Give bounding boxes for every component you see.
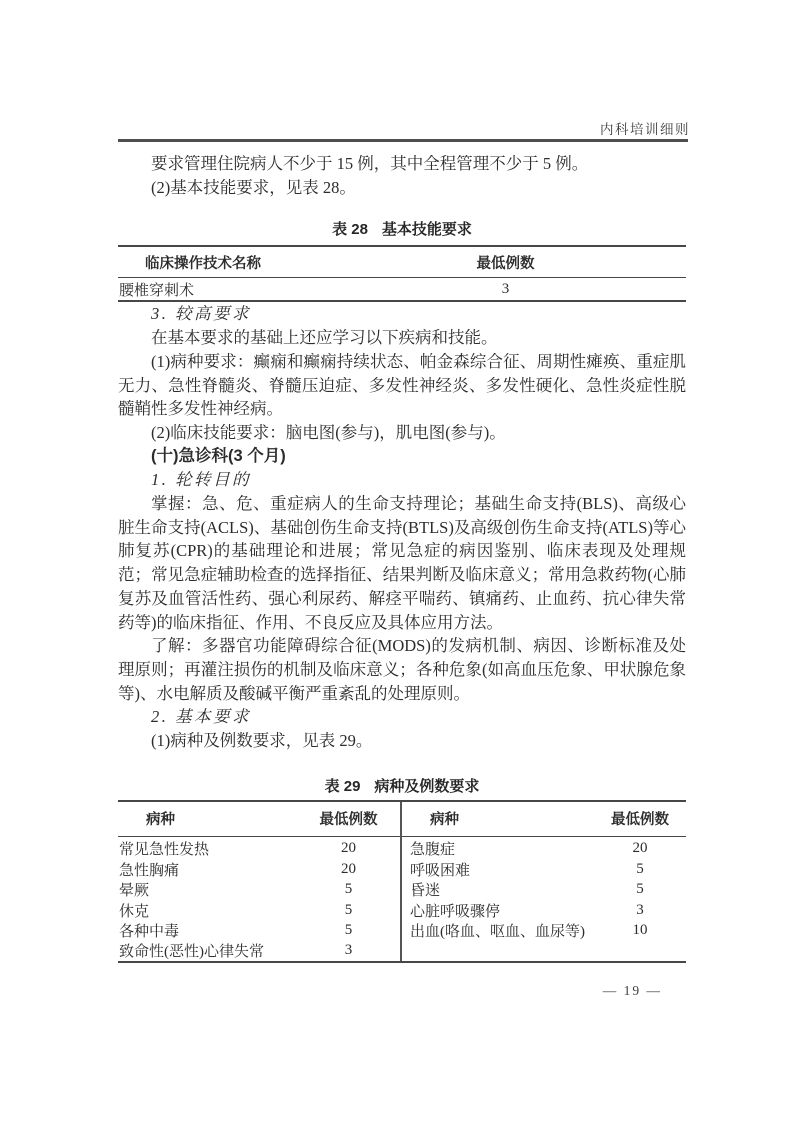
table-row: 心脏呼吸骤停 3 — [402, 900, 686, 920]
min-cases-value: 20 — [594, 840, 686, 857]
min-cases-value: 5 — [297, 902, 400, 919]
table29-right-rows: 急腹症 20 呼吸困难 5 昏迷 5 心脏呼吸骤停 3 — [402, 837, 686, 961]
table-row: 致命性(恶性)心律失常 3 — [118, 941, 400, 961]
table29-left-half: 病种 最低例数 常见急性发热 20 急性胸痛 20 晕厥 5 — [118, 802, 402, 961]
disease-name: 常见急性发热 — [118, 838, 297, 859]
paragraph-case-requirement: (1)病种及例数要求，见表 29。 — [118, 729, 686, 753]
table-29: 病种 最低例数 常见急性发热 20 急性胸痛 20 晕厥 5 — [118, 800, 686, 963]
min-cases-value: 20 — [297, 861, 400, 878]
disease-name: 心脏呼吸骤停 — [402, 900, 594, 921]
table28-title-text: 基本技能要求 — [382, 221, 472, 238]
table29-left-col1-header: 病种 — [118, 808, 297, 829]
table29-title-text: 病种及例数要求 — [374, 778, 479, 795]
min-cases-value: 5 — [297, 881, 400, 898]
table29-label: 表 29 — [325, 778, 361, 795]
paragraph-admission-requirement: 要求管理住院病人不少于 15 例，其中全程管理不少于 5 例。 — [118, 152, 686, 176]
procedure-name: 腰椎穿刺术 — [118, 279, 325, 300]
table29-title: 表 29病种及例数要求 — [118, 776, 686, 797]
disease-name: 休克 — [118, 900, 297, 921]
page-body: 要求管理住院病人不少于 15 例，其中全程管理不少于 5 例。 (2)基本技能要… — [118, 152, 686, 963]
page-number: — 19 — — [603, 983, 662, 999]
disease-name: 昏迷 — [402, 879, 594, 900]
paragraph-disease-requirement: (1)病种要求：癫痫和癫痫持续状态、帕金森综合征、周期性瘫痪、重症肌无力、急性脊… — [118, 350, 686, 421]
table29-left-rows: 常见急性发热 20 急性胸痛 20 晕厥 5 休克 5 — [118, 837, 400, 961]
table-row: 呼吸困难 5 — [402, 859, 686, 879]
table29-right-half: 病种 最低例数 急腹症 20 呼吸困难 5 昏迷 5 — [402, 802, 686, 961]
paragraph-basic-skill-ref: (2)基本技能要求，见表 28。 — [118, 176, 686, 200]
min-cases-value: 10 — [594, 922, 686, 939]
section-heading-emergency-dept: (十)急诊科(3 个月) — [118, 445, 686, 469]
min-cases-value: 3 — [325, 281, 686, 298]
table29-right-header-row: 病种 最低例数 — [402, 802, 686, 837]
table29-left-col2-header: 最低例数 — [297, 808, 400, 829]
disease-name: 晕厥 — [118, 879, 297, 900]
min-cases-value: 5 — [594, 881, 686, 898]
min-cases-value: 3 — [297, 942, 400, 959]
disease-name: 各种中毒 — [118, 920, 297, 941]
min-cases-value: 3 — [594, 902, 686, 919]
paragraph-clinical-skill: (2)临床技能要求：脑电图(参与)，肌电图(参与)。 — [118, 421, 686, 445]
table-row: 各种中毒 5 — [118, 920, 400, 940]
table-row: 晕厥 5 — [118, 880, 400, 900]
table-row: 昏迷 5 — [402, 880, 686, 900]
table28-title: 表 28基本技能要求 — [118, 219, 686, 240]
table-28: 临床操作技术名称 最低例数 腰椎穿刺术 3 — [118, 245, 686, 302]
min-cases-value: 20 — [297, 840, 400, 857]
disease-name: 出血(咯血、呕血、血尿等) — [402, 920, 594, 941]
table28-col2-header: 最低例数 — [325, 252, 686, 273]
table-row: 急性胸痛 20 — [118, 859, 400, 879]
disease-name: 急性胸痛 — [118, 859, 297, 880]
table-row: 休克 5 — [118, 900, 400, 920]
table29-right-col2-header: 最低例数 — [594, 808, 686, 829]
item-heading-higher-req: 3. 较高要求 — [118, 302, 686, 326]
min-cases-value: 5 — [297, 922, 400, 939]
table-row: 急腹症 20 — [402, 839, 686, 859]
paragraph-understand: 了解：多器官功能障碍综合征(MODS)的发病机制、病因、诊断标准及处理原则；再灌… — [118, 634, 686, 705]
table28-col1-header: 临床操作技术名称 — [118, 252, 325, 273]
table-row: 出血(咯血、呕血、血尿等) 10 — [402, 920, 686, 940]
running-header-title: 内科培训细则 — [600, 118, 690, 138]
table-row: 常见急性发热 20 — [118, 839, 400, 859]
table28-header-row: 临床操作技术名称 最低例数 — [118, 247, 686, 278]
table28-label: 表 28 — [332, 221, 368, 238]
paragraph-master: 掌握：急、危、重症病人的生命支持理论；基础生命支持(BLS)、高级心脏生命支持(… — [118, 492, 686, 634]
item-heading-basic-req: 2. 基本要求 — [118, 705, 686, 729]
disease-name: 呼吸困难 — [402, 859, 594, 880]
table29-right-col1-header: 病种 — [402, 808, 594, 829]
disease-name: 急腹症 — [402, 838, 594, 859]
paragraph-higher-intro: 在基本要求的基础上还应学习以下疾病和技能。 — [118, 326, 686, 350]
document-page: 内科培训细则 要求管理住院病人不少于 15 例，其中全程管理不少于 5 例。 (… — [0, 0, 800, 1131]
min-cases-value: 5 — [594, 861, 686, 878]
header-rule — [118, 139, 688, 142]
disease-name: 致命性(恶性)心律失常 — [118, 940, 297, 961]
table-row: 腰椎穿刺术 3 — [118, 278, 686, 300]
table29-left-header-row: 病种 最低例数 — [118, 802, 400, 837]
item-heading-rotation-purpose: 1. 轮转目的 — [118, 468, 686, 492]
